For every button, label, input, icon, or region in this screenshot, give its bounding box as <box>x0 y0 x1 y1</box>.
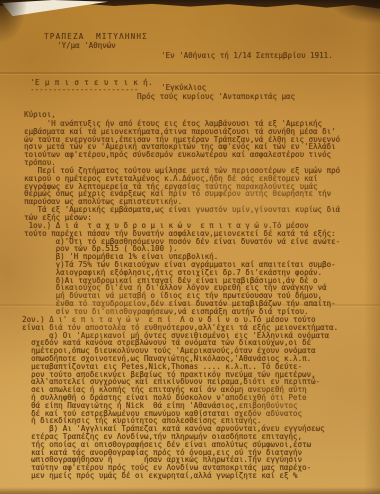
branch-name: 'Υ/μα 'Αθηνών <box>57 42 116 50</box>
salutation: Κύριοι, <box>24 111 56 119</box>
item-london-drafts: 2ον.) Δ ι' ε π ι τ α γ ώ ν ε π ί Λ ο ν δ… <box>22 316 338 480</box>
item-postal-orders: 1ον.) Δ ι ά τ α χ υ δ ρ ο μ ι κ ώ ν ε π … <box>24 222 340 316</box>
paragraph-danos: Περί τού ζητήματος τούτου ωμίλησε μετά τ… <box>24 167 340 206</box>
paragraph-means: Τά εξ 'Αμερικής εμβάσματα,ως είναι γνωστ… <box>24 206 340 222</box>
addressee-line: Πρός τούς κυρίους 'Ανταποκριτάς μας <box>137 93 295 101</box>
paragraph-intro: 'Η ανάπτυξις ήν από έτους εις έτος λαμβά… <box>24 120 340 167</box>
scanned-letter-page: ΤΡΑΠΕΖΑ ΜΙΤΥΛΗΝΗΣ 'Υ/μα 'Αθηνών 'Εν 'Αθή… <box>0 0 380 494</box>
dateline: 'Εν 'Αθήναις τή 1/14 Σεπτεμβρίου 1911. <box>161 52 333 60</box>
bank-name: ΤΡΑΠΕΖΑ ΜΙΤΥΛΗΝΗΣ <box>44 33 148 41</box>
confidential-underline: ------------------------ <box>30 86 138 94</box>
circular-label: 'Εγκύκλιος <box>161 84 206 92</box>
letter-text-layer: ΤΡΑΠΕΖΑ ΜΙΤΥΛΗΝΗΣ 'Υ/μα 'Αθηνών 'Εν 'Αθή… <box>0 0 380 494</box>
